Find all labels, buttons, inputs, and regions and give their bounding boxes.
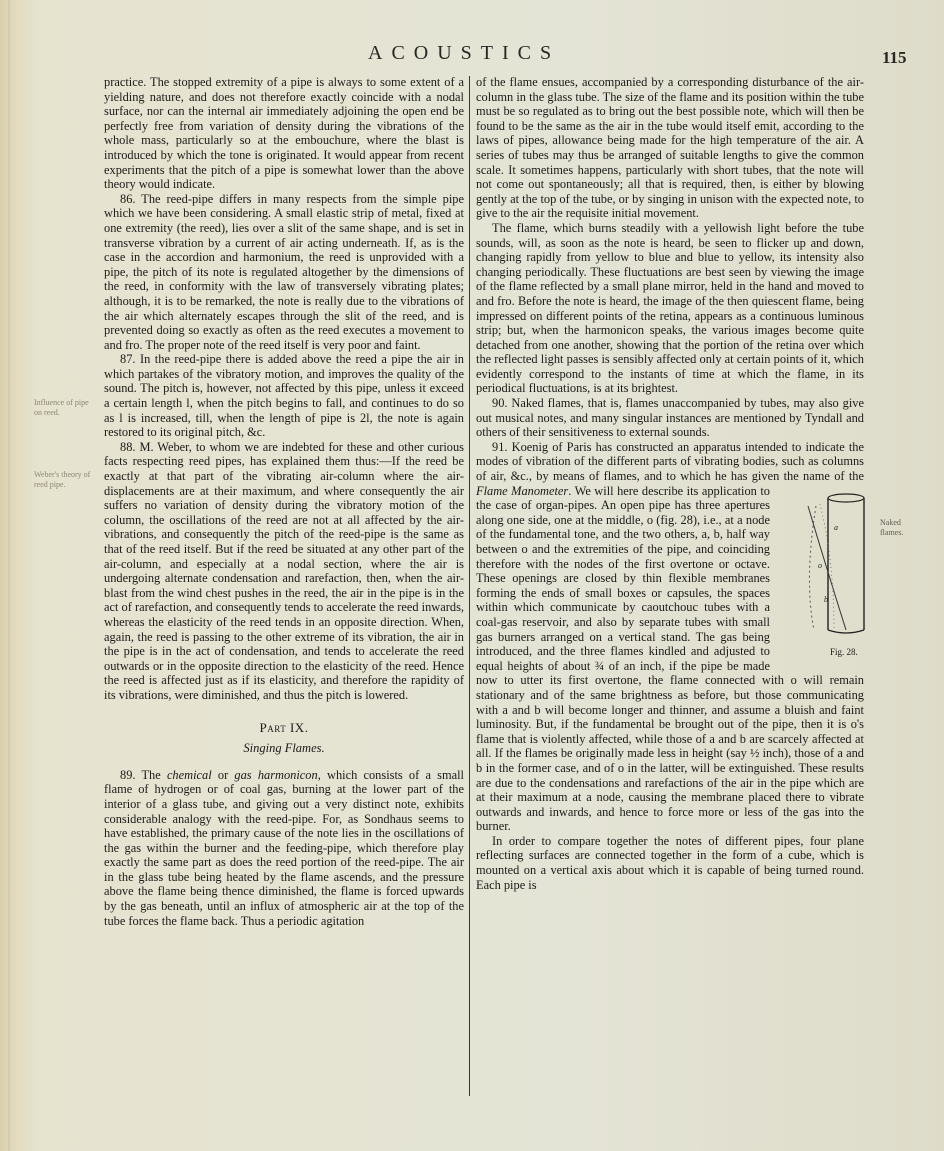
paragraph-88: 88. M. Weber, to whom we are indebted fo… — [104, 440, 464, 703]
book-page: ACOUSTICS 115 Influence of pipe on reed.… — [0, 0, 944, 1151]
part-heading: Part IX. — [104, 721, 464, 736]
right-column: of the flame ensues, accompanied by a co… — [476, 75, 864, 892]
left-column: practice. The stopped extremity of a pip… — [104, 75, 464, 928]
svg-text:a: a — [834, 523, 838, 532]
term-gas-harmonicon: gas harmonicon — [234, 768, 317, 782]
page-number: 115 — [882, 48, 907, 68]
paragraph-continued: of the flame ensues, accompanied by a co… — [476, 75, 864, 221]
svg-text:b: b — [824, 595, 828, 604]
sidenote-webers-theory: Weber's theory of reed pipe. — [34, 470, 96, 489]
section-heading: Singing Flames. — [104, 741, 464, 756]
paragraph-intro: practice. The stopped extremity of a pip… — [104, 75, 464, 192]
paragraph-flame: The flame, which burns steadily with a y… — [476, 221, 864, 396]
paragraph-90: 90. Naked flames, that is, flames unacco… — [476, 396, 864, 440]
paragraph-87: 87. In the reed-pipe there is added abov… — [104, 352, 464, 440]
binding-gutter — [8, 0, 10, 1151]
figure-28: a o b Fig. 28. — [778, 490, 864, 660]
term-chemical: chemical — [167, 768, 212, 782]
column-divider — [469, 76, 470, 1096]
figure-caption: Fig. 28. — [814, 645, 858, 660]
paragraph-86: 86. The reed-pipe differs in many respec… — [104, 192, 464, 353]
running-title: ACOUSTICS — [368, 42, 560, 65]
paragraph-compare: In order to compare together the notes o… — [476, 834, 864, 892]
paragraph-89: 89. The chemical or gas harmonicon, whic… — [104, 768, 464, 929]
organ-pipe-diagram-icon: a o b — [794, 490, 880, 640]
p91-text-start: 91. Koenig of Paris has constructed an a… — [476, 440, 864, 483]
paragraph-91: 91. Koenig of Paris has constructed an a… — [476, 440, 864, 834]
p89-text-rest: , which consists of a small flame of hyd… — [104, 768, 464, 928]
svg-text:o: o — [818, 561, 822, 570]
sidenote-influence-of-pipe: Influence of pipe on reed. — [34, 398, 96, 417]
p89-text-mid: or — [212, 768, 235, 782]
term-flame-manometer: Flame Manometer — [476, 484, 568, 498]
p89-text-start: 89. The — [120, 768, 167, 782]
sidenote-naked-flames: Naked flames. — [880, 518, 920, 537]
